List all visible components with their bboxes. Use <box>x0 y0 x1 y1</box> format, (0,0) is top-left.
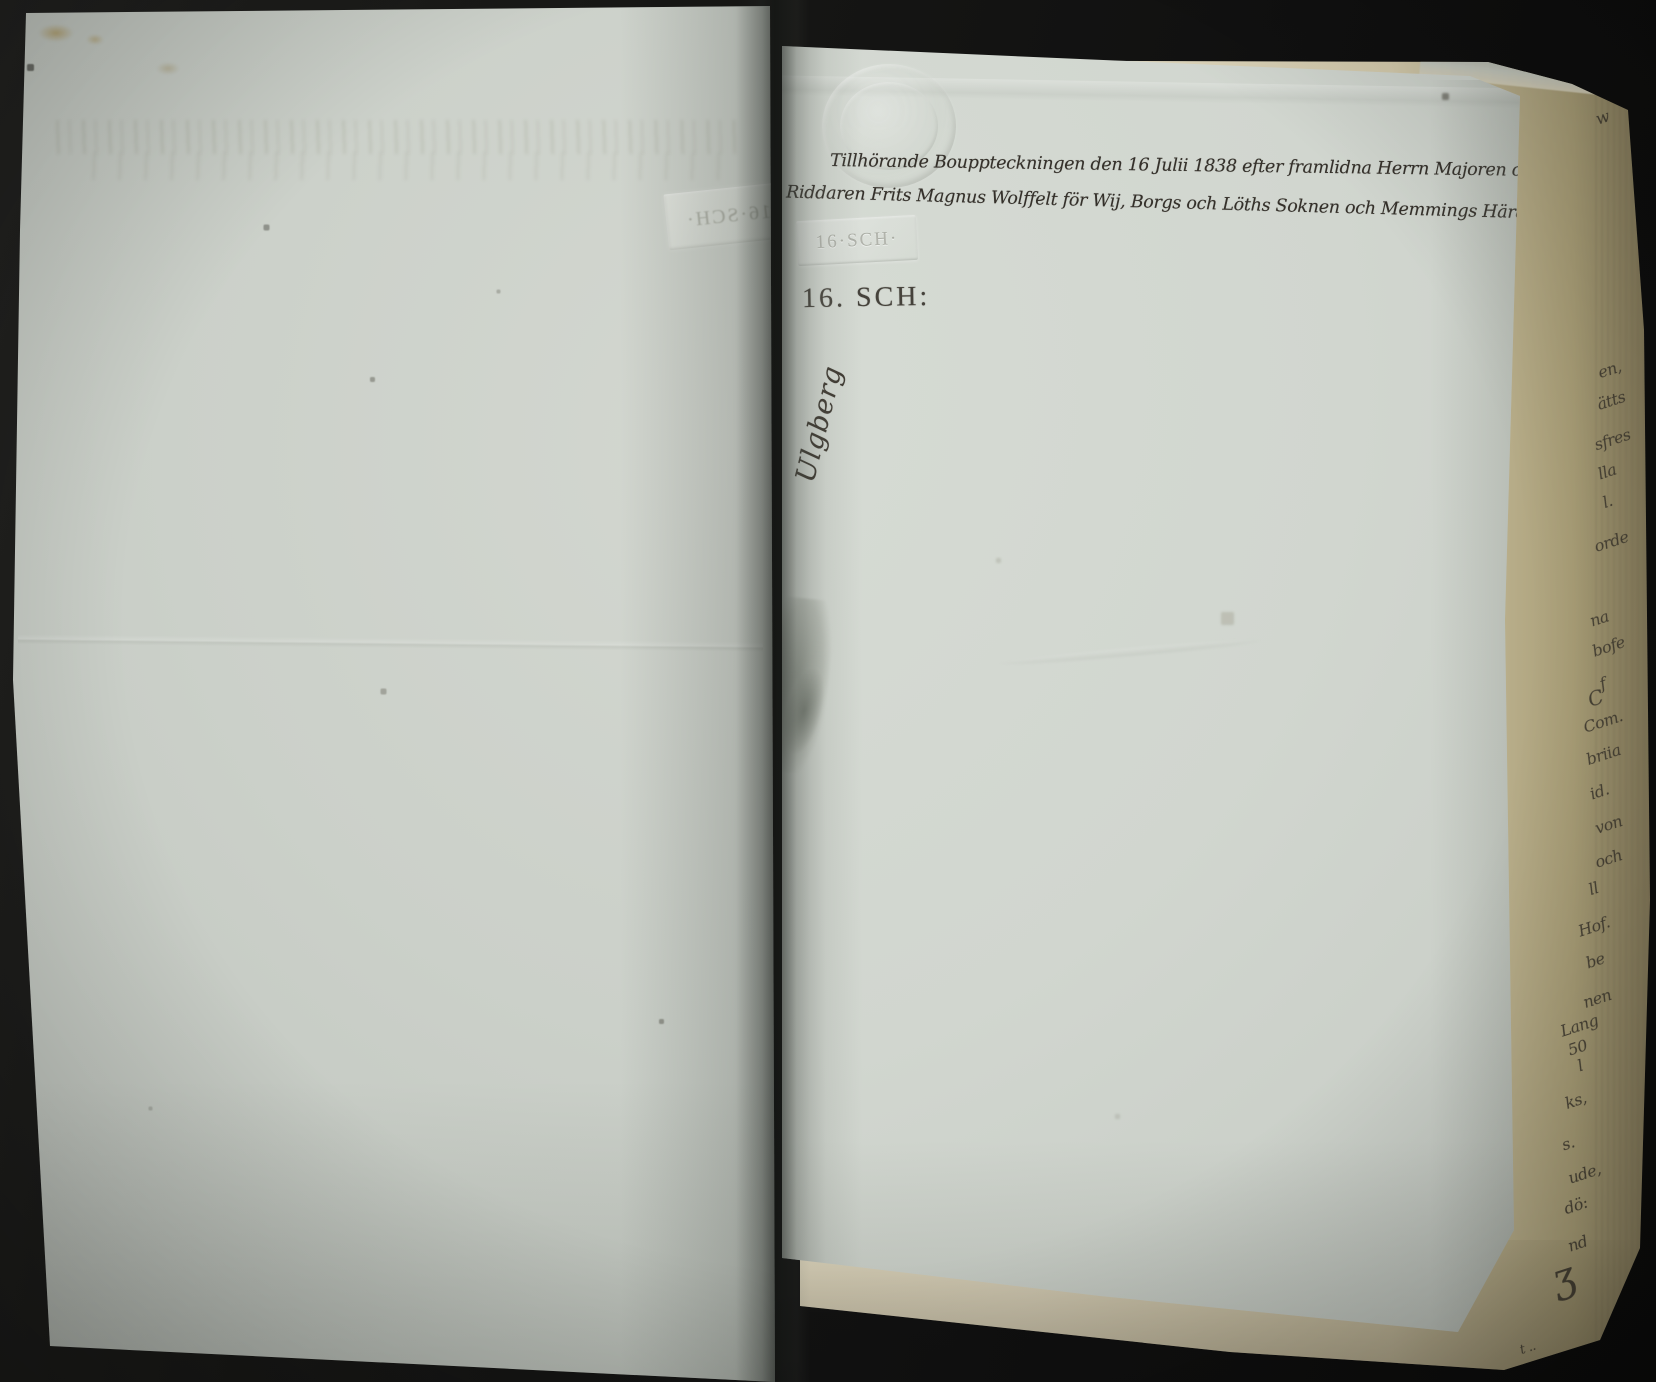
edge-fragment: nd <box>1566 1233 1590 1254</box>
edge-fragment: l <box>1576 1058 1585 1075</box>
edge-fragment: Hof. <box>1576 914 1611 939</box>
edge-fragment: Com. <box>1582 708 1625 736</box>
gutter-shadow <box>736 0 810 1382</box>
edge-fragment: w <box>1594 108 1612 127</box>
edge-fragment: lla <box>1596 462 1618 483</box>
edge-fragment: ʒ <box>1546 1256 1579 1301</box>
edge-fragment: ätts <box>1595 389 1627 413</box>
bottom-shading <box>0 1080 780 1382</box>
edge-fragment: l. <box>1601 493 1615 511</box>
edge-fragment: Lang <box>1558 1012 1600 1039</box>
edge-fragment: ude, <box>1566 1161 1602 1186</box>
edge-fragment: orde <box>1592 529 1630 555</box>
edge-fragment: dö: <box>1562 1195 1590 1218</box>
stain <box>38 24 74 42</box>
edge-fragment: id. <box>1588 781 1611 802</box>
specks <box>0 0 1 1</box>
edge-fragment: na <box>1588 608 1611 629</box>
edge-fragment: nen <box>1581 987 1613 1011</box>
edge-fragment: be <box>1584 950 1607 971</box>
edge-fragment: bofe <box>1590 634 1627 659</box>
edge-fragment: sfres <box>1592 427 1632 454</box>
edge-fragment: en, <box>1596 359 1623 381</box>
paper-wrinkle <box>1000 637 1260 668</box>
edge-fragment: ll <box>1587 880 1601 898</box>
edge-fragment: t .. <box>1518 1340 1537 1357</box>
edge-fragment: von <box>1593 813 1624 837</box>
stain <box>86 34 104 45</box>
specks <box>0 0 1 1</box>
edge-fragment: s. <box>1560 1134 1577 1153</box>
edge-fragment: briia <box>1584 742 1622 768</box>
stain <box>156 62 180 75</box>
edge-fragment: ks, <box>1563 1090 1588 1112</box>
edge-fragment: och <box>1593 847 1624 871</box>
document-scan: wen,ättssfresllal.ordenabofefCCom.briiai… <box>0 0 1656 1382</box>
